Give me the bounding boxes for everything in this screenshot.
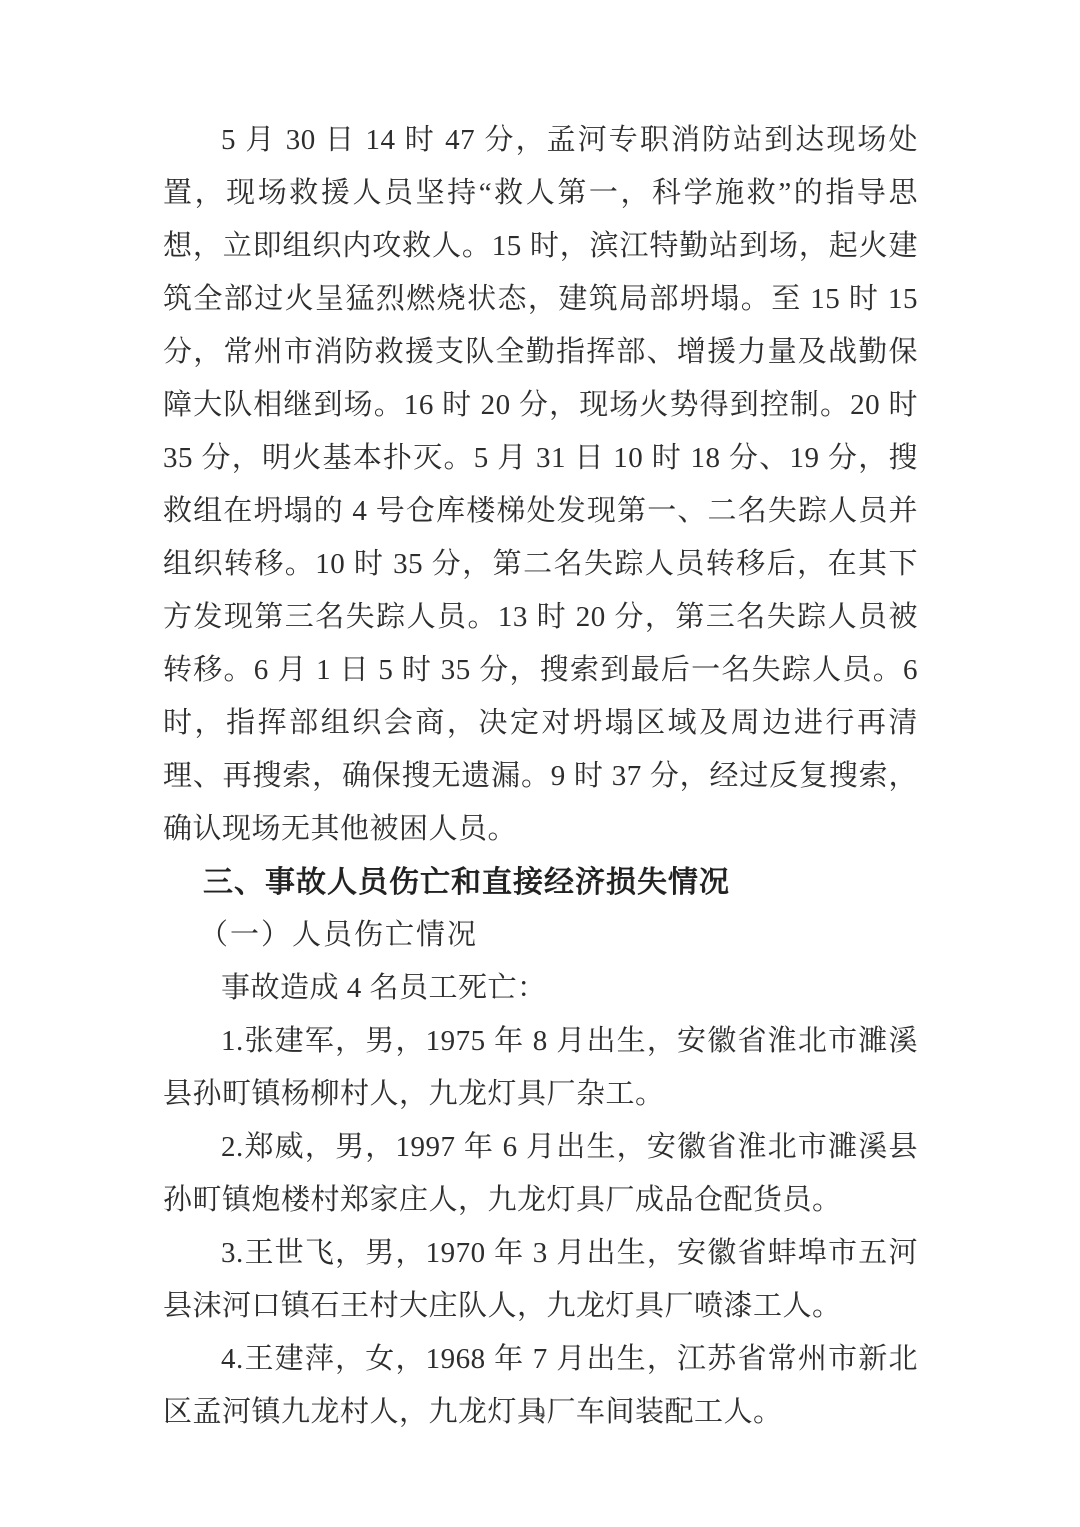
section-heading-casualties-and-losses: 三、事故人员伤亡和直接经济损失情况 <box>163 856 918 909</box>
casualty-intro: 事故造成 4 名员工死亡： <box>163 962 918 1015</box>
page-content: 5 月 30 日 14 时 47 分，孟河专职消防站到达现场处置，现场救援人员坚… <box>163 114 918 1439</box>
victim-entry-3: 3.王世飞，男，1970 年 3 月出生，安徽省蚌埠市五河县沫河口镇石王村大庄队… <box>163 1227 918 1333</box>
paragraph-rescue-timeline: 5 月 30 日 14 时 47 分，孟河专职消防站到达现场处置，现场救援人员坚… <box>163 114 918 856</box>
page-number: 9 <box>0 1398 1080 1428</box>
subsection-heading-casualty-situation: （一）人员伤亡情况 <box>163 909 918 962</box>
document-page: 5 月 30 日 14 时 47 分，孟河专职消防站到达现场处置，现场救援人员坚… <box>0 0 1080 1527</box>
victim-entry-1: 1.张建军，男，1975 年 8 月出生，安徽省淮北市濉溪县孙町镇杨柳村人，九龙… <box>163 1015 918 1121</box>
victim-entry-2: 2.郑威，男，1997 年 6 月出生，安徽省淮北市濉溪县孙町镇炮楼村郑家庄人，… <box>163 1121 918 1227</box>
